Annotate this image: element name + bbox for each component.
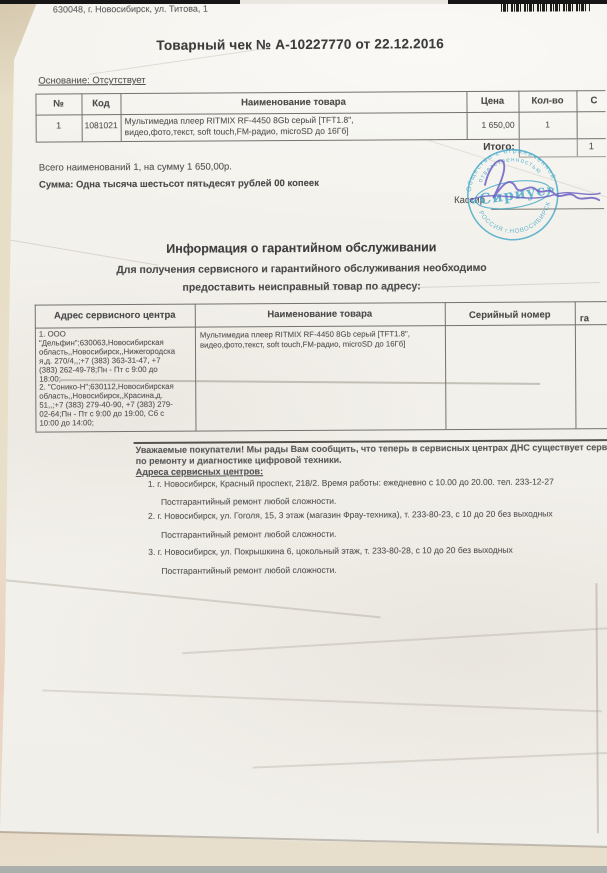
col-name: Наименование товара xyxy=(120,96,466,110)
center-1-note: Постгарантийный ремонт любой сложности. xyxy=(161,496,336,507)
items-count-line: Всего наименований 1, на сумму 1 650,00р… xyxy=(39,161,232,174)
col-code: Код xyxy=(81,98,120,110)
col-num: № xyxy=(35,98,81,110)
col-price: Цена xyxy=(466,96,518,108)
warranty-subtitle-1: Для получения сервисного и гарантийного … xyxy=(0,261,604,277)
scanner-edge xyxy=(0,866,607,873)
cashier-signature xyxy=(437,144,607,235)
notice-line-1: Уважаемые покупатели! Мы рады Вам сообщи… xyxy=(136,441,607,455)
col-product-name: Наименование товара xyxy=(195,308,445,321)
item-name: Мультимедиа плеер RITMIX RF-4450 8Gb сер… xyxy=(125,114,463,138)
item-num: 1 xyxy=(36,120,82,131)
col-service-address: Адрес сервисного центра xyxy=(35,310,195,322)
col-qty: Кол-во xyxy=(518,95,576,107)
basis-line: Основание: Отсутствует xyxy=(38,75,145,87)
col-warranty-cut: га xyxy=(580,313,589,324)
item-qty: 1 xyxy=(519,119,577,130)
center-2-note: Постгарантийный ремонт любой сложности. xyxy=(161,529,336,540)
scan-top-edge-gap xyxy=(240,0,448,4)
serial-cell xyxy=(450,328,570,329)
warranty-table-border xyxy=(35,301,607,305)
sum-in-words: Сумма: Одна тысяча шестьсот пятьдесят ру… xyxy=(39,178,319,191)
center-1-address: 1. г. Новосибирск, Красный проспект, 218… xyxy=(148,476,554,489)
scanned-receipt: 630048, г. Новосибирск, ул. Титова, 1 То… xyxy=(0,0,607,873)
item-price: 1 650,00 xyxy=(467,120,515,130)
store-address: 630048, г. Новосибирск, ул. Титова, 1 xyxy=(53,4,208,16)
center-3-note: Постгарантийный ремонт любой сложности. xyxy=(161,565,336,576)
item-code: 1081021 xyxy=(82,120,121,130)
service-centers-cell: 1. ООО "Дельфин";630063,Новосибирская об… xyxy=(39,330,194,429)
center-3-address: 3. г. Новосибирск, ул. Покрышкина 6, цок… xyxy=(148,545,513,557)
receipt-title: Товарный чек № А-10227770 от 22.12.2016 xyxy=(0,35,602,55)
service-centers-label: Адреса сервисных центров: xyxy=(136,466,263,478)
col-sum-cut: С xyxy=(590,95,597,106)
col-serial-number: Серийный номер xyxy=(445,309,575,321)
notice-line-2: по ремонту и диагностике цифровой техник… xyxy=(136,455,342,467)
paper-sheet: 630048, г. Новосибирск, ул. Титова, 1 То… xyxy=(0,0,607,852)
warranty-subtitle-2: предоставить неисправный товар по адресу… xyxy=(0,279,604,295)
center-2-address: 2. г. Новосибирск, ул. Гоголя, 15, 3 эта… xyxy=(148,508,553,521)
warranty-product-cell: Мультимедиа плеер RITMIX RF-4450 8Gb сер… xyxy=(200,329,442,351)
